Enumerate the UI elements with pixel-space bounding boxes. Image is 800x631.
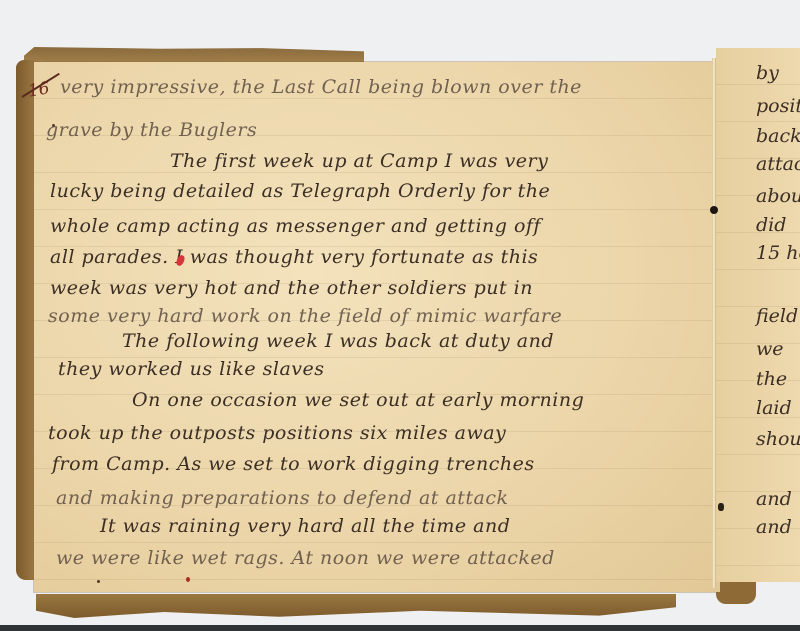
- diary-scan: 16 very impressive, the Last Call being …: [0, 0, 800, 631]
- text-line: from Camp. As we set to work digging tre…: [52, 453, 535, 475]
- right-text-line: field: [756, 305, 798, 327]
- text-line: took up the outposts positions six miles…: [48, 422, 506, 444]
- ink-blot: [718, 503, 724, 511]
- torn-bottom-edge: [36, 594, 676, 618]
- text-line: It was raining very hard all the time an…: [100, 515, 510, 537]
- text-line: whole camp acting as messenger and getti…: [50, 215, 541, 237]
- torn-bottom-edge-right: [716, 582, 756, 604]
- text-line: some very hard work on the field of mimi…: [48, 305, 562, 327]
- right-text-line: and: [756, 488, 792, 510]
- right-text-line: the: [756, 368, 787, 390]
- right-text-line: laid: [756, 397, 792, 419]
- right-text-line: attac: [756, 153, 800, 175]
- text-line: very impressive, the Last Call being blo…: [60, 76, 582, 98]
- right-text-line: shou: [756, 428, 800, 450]
- right-text-line: by: [756, 62, 779, 84]
- right-text-line: and: [756, 516, 792, 538]
- page-number: 16: [26, 78, 51, 101]
- right-text-line: we: [756, 338, 784, 360]
- text-line: The following week I was back at duty an…: [122, 330, 554, 352]
- ink-blot: [710, 206, 718, 214]
- text-line: grave by the Buglers: [46, 119, 257, 141]
- text-line: On one occasion we set out at early morn…: [132, 389, 584, 411]
- right-text-line: back: [756, 125, 800, 147]
- right-text-line: posit: [756, 95, 800, 117]
- ink-dot: [97, 580, 100, 583]
- text-line: week was very hot and the other soldiers…: [50, 277, 533, 299]
- red-dot-mark: [186, 577, 190, 582]
- text-line: all parades. I was thought very fortunat…: [50, 246, 538, 268]
- text-line: lucky being detailed as Telegraph Orderl…: [50, 180, 550, 202]
- text-line: The first week up at Camp I was very: [170, 150, 548, 172]
- text-line: we were like wet rags. At noon we were a…: [56, 547, 555, 569]
- text-line: and making preparations to defend at att…: [56, 487, 509, 509]
- text-line: they worked us like slaves: [58, 358, 325, 380]
- scanner-bottom-bar: [0, 625, 800, 631]
- left-page: [34, 62, 720, 592]
- right-text-line: about: [756, 185, 800, 207]
- right-text-line: 15 ho: [756, 242, 800, 264]
- right-text-line: did: [756, 214, 786, 236]
- ink-dot: [52, 124, 55, 127]
